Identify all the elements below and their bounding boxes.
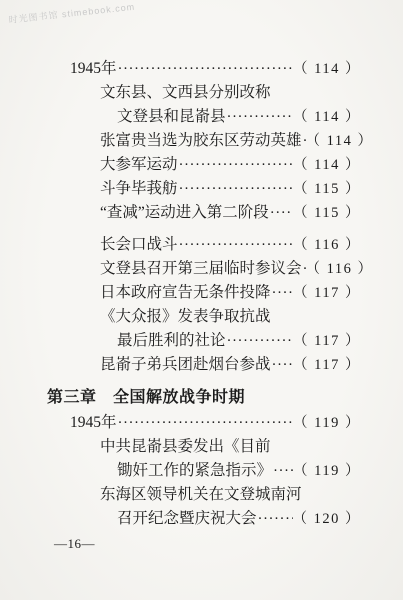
entry-title: 张富贵当选为胶东区劳动英雄 (100, 129, 302, 153)
scanned-book-page: 时光图书馆 stimebook.com 1945年···············… (0, 0, 403, 600)
toc-entry: 1945年···································… (0, 57, 361, 81)
entry-page-number: （ 114 ） (293, 105, 361, 129)
entry-page-number: （ 120 ） (293, 507, 362, 531)
table-of-contents: 1945年···································… (0, 57, 403, 531)
entry-page-number: （ 115 ） (293, 177, 361, 201)
entry-title: 斗争毕莪舫 (100, 177, 178, 201)
dot-leader: ········································… (226, 105, 294, 129)
dot-leader: ········································… (271, 353, 294, 377)
entry-title: 大参军运动 (100, 153, 178, 177)
entry-title: 文东县、文西县分别改称 (100, 81, 271, 105)
dot-leader: ········································… (178, 153, 294, 177)
toc-entry: 日本政府宣告无条件投降·····························… (0, 281, 361, 305)
toc-entry: 《大众报》发表争取抗战 (0, 305, 361, 329)
chapter-heading: 第三章 全国解放战争时期 (0, 385, 361, 411)
dot-leader: ········································… (226, 329, 294, 353)
toc-entry: 大参军运动···································… (0, 153, 361, 177)
entry-title: 昆嵛子弟兵团赴烟台参战 (100, 353, 271, 377)
toc-entry: 斗争毕莪舫···································… (0, 177, 361, 201)
entry-title: 第三章 全国解放战争时期 (47, 385, 245, 411)
toc-entry: 中共昆嵛县委发出《目前 (0, 435, 361, 459)
toc-entry: 1945年···································… (0, 411, 361, 435)
entry-title: 中共昆嵛县委发出《目前 (100, 435, 271, 459)
dot-leader: ········································… (269, 201, 293, 225)
entry-page-number: （ 114 ） (293, 153, 361, 177)
toc-entry: 长会口战斗···································… (0, 233, 361, 257)
toc-entry: 召开纪念暨庆祝大会·······························… (0, 507, 361, 531)
toc-entry: 文登县和昆嵛县·································… (0, 105, 361, 129)
toc-entry: 文登县召开第三届临时参议会···························… (0, 257, 361, 281)
dot-leader: ········································… (272, 459, 293, 483)
toc-entry: 锄奸工作的紧急指示》······························… (0, 459, 361, 483)
entry-title: 长会口战斗 (100, 233, 178, 257)
entry-page-number: （ 114 ） (293, 57, 361, 81)
toc-entry: 张富贵当选为胶东区劳动英雄···························… (0, 129, 361, 153)
entry-title: 1945年 (70, 411, 117, 435)
entry-title: 文登县和昆嵛县 (117, 105, 226, 129)
toc-entry: 文东县、文西县分别改称 (0, 81, 361, 105)
entry-title: 《大众报》发表争取抗战 (100, 305, 271, 329)
entry-title: 东海区领导机关在文登城南河 (100, 483, 302, 507)
entry-title: 1945年 (70, 57, 117, 81)
entry-title: 文登县召开第三届临时参议会 (100, 257, 302, 281)
entry-page-number: （ 115 ） (293, 201, 361, 225)
dot-leader: ········································… (178, 233, 294, 257)
entry-title: “查减”运动进入第二阶段 (100, 201, 269, 225)
entry-page-number: （ 117 ） (293, 281, 361, 305)
toc-entry: “查减”运动进入第二阶段····························… (0, 201, 361, 225)
entry-page-number: （ 116 ） (293, 233, 361, 257)
entry-title: 锄奸工作的紧急指示》 (117, 459, 272, 483)
entry-page-number: （ 117 ） (293, 329, 361, 353)
dot-leader: ········································… (117, 411, 294, 435)
page-number-footer: —16— (54, 536, 95, 552)
watermark-text: 时光图书馆 stimebook.com (8, 0, 136, 26)
dot-leader: ········································… (271, 281, 294, 305)
entry-page-number: （ 119 ） (293, 459, 361, 483)
dot-leader: ········································… (257, 507, 293, 531)
toc-entry: 昆嵛子弟兵团赴烟台参战·····························… (0, 353, 361, 377)
entry-title: 最后胜利的社论 (117, 329, 226, 353)
entry-page-number: （ 117 ） (293, 353, 361, 377)
entry-page-number: （ 116 ） (306, 257, 374, 281)
dot-leader: ········································… (117, 57, 294, 81)
entry-page-number: （ 119 ） (293, 411, 361, 435)
entry-page-number: （ 114 ） (306, 129, 374, 153)
entry-title: 日本政府宣告无条件投降 (100, 281, 271, 305)
toc-entry: 最后胜利的社论·································… (0, 329, 361, 353)
dot-leader: ········································… (178, 177, 294, 201)
toc-entry: 东海区领导机关在文登城南河 (0, 483, 361, 507)
entry-title: 召开纪念暨庆祝大会 (117, 507, 257, 531)
